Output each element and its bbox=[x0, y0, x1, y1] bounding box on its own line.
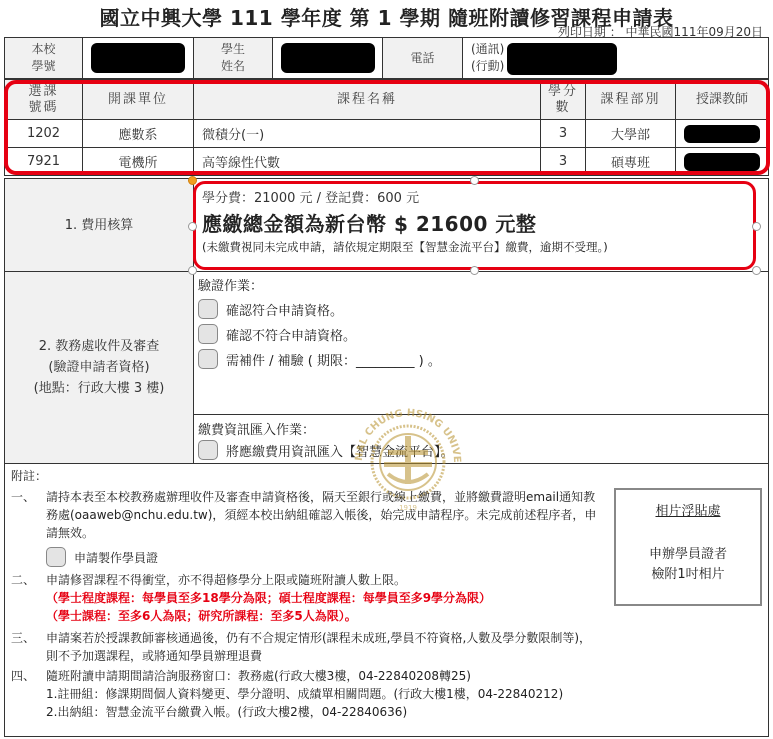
photo-box-line: 申辦學員證者 bbox=[616, 545, 760, 565]
student-id-value bbox=[83, 38, 194, 79]
option-label: 申請製作學員證 bbox=[74, 549, 158, 566]
course-teacher bbox=[676, 120, 769, 148]
fee-highlight-box: 學分費：21000 元 / 登記費：600 元 應繳總金額為新台幣 $ 2160… bbox=[193, 181, 756, 270]
course-code: 7921 bbox=[5, 148, 83, 176]
note-text: 隨班附讀申請期間請洽詢服務窗口：教務處(行政大樓3樓，04-22840208轉2… bbox=[11, 667, 601, 685]
course-dept: 電機所 bbox=[83, 148, 194, 176]
header-course-name: 課程名稱 bbox=[194, 80, 541, 120]
header-teacher: 授課教師 bbox=[676, 80, 769, 120]
checkbox[interactable] bbox=[198, 299, 218, 319]
verify-option-ineligible[interactable]: 確認不符合申請資格。 bbox=[198, 324, 764, 344]
option-label: 將應繳費用資訊匯入【智慧金流平台】。 bbox=[226, 441, 454, 460]
course-dept: 應數系 bbox=[83, 120, 194, 148]
label-line: 學號 bbox=[5, 58, 82, 75]
note-text: 申請修習課程不得衝堂，亦不得超修學分上限或隨班附讀人數上限。 bbox=[11, 571, 601, 589]
note-registration: 1.註冊組：修課期間個人資料變更、學分證明、成績單相關問題。(行政大樓1樓，04… bbox=[11, 685, 601, 703]
note-item-4: 四、 隨班附讀申請期間請洽詢服務窗口：教務處(行政大樓3樓，04-2284020… bbox=[11, 667, 601, 721]
phone-value: (通訊) (行動) bbox=[463, 38, 769, 79]
course-level: 大學部 bbox=[586, 120, 676, 148]
resize-handle[interactable] bbox=[470, 266, 479, 275]
redacted-block bbox=[684, 125, 760, 143]
course-credits: 3 bbox=[541, 120, 586, 148]
verify-section: 驗證作業： 確認符合申請資格。 確認不符合申請資格。 需補件 / 補驗 ( 期限… bbox=[194, 272, 769, 415]
option-label: 確認符合申請資格。 bbox=[226, 300, 343, 319]
resize-handle[interactable] bbox=[188, 222, 197, 231]
header-line: 選課 bbox=[5, 84, 82, 100]
redacted-block bbox=[507, 43, 617, 75]
verify-option-supplement[interactable]: 需補件 / 補驗 ( 期限：_________ ) 。 bbox=[198, 349, 764, 369]
checkbox[interactable] bbox=[198, 349, 218, 369]
verify-option-eligible[interactable]: 確認符合申請資格。 bbox=[198, 299, 764, 319]
checkbox[interactable] bbox=[198, 324, 218, 344]
verify-title: 驗證作業： bbox=[198, 275, 764, 294]
resize-handle[interactable] bbox=[470, 176, 479, 185]
course-name: 高等線性代數 bbox=[194, 148, 541, 176]
photo-box: 相片浮貼處 申辦學員證者 檢附1吋相片 bbox=[614, 488, 762, 606]
rotate-handle[interactable] bbox=[188, 176, 197, 185]
header-dept: 開課單位 bbox=[83, 80, 194, 120]
label-line: 學生 bbox=[194, 41, 272, 58]
redacted-block bbox=[91, 43, 185, 73]
import-title: 繳費資訊匯入作業： bbox=[198, 419, 764, 438]
header-level: 課程部別 bbox=[586, 80, 676, 120]
fee-note: (未繳費視同未完成申請，請依規定期限至【智慧金流平台】繳費，逾期不受理。) bbox=[202, 239, 747, 256]
review-label-line: (地點：行政大樓 3 樓) bbox=[5, 378, 193, 399]
header-line: 學分 bbox=[541, 84, 585, 100]
note-credit-limit: （學士程度課程：每學員至多18學分為限；碩士程度課程：每學員至多9學分為限） bbox=[11, 589, 601, 607]
review-label-line: (驗證申請者資格) bbox=[5, 357, 193, 378]
course-teacher bbox=[676, 148, 769, 176]
header-credits: 學分 數 bbox=[541, 80, 586, 120]
course-table: 選課 號碼 開課單位 課程名稱 學分 數 課程部別 授課教師 1202 應數系 … bbox=[4, 79, 769, 176]
notes-section: 附註： 一、 請持本表至本校教務處辦理收件及審查申請資格後，隔天至銀行或線上繳費… bbox=[4, 461, 769, 737]
table-row: 7921 電機所 高等線性代數 3 碩專班 bbox=[5, 148, 769, 176]
note-number: 三、 bbox=[11, 629, 35, 647]
import-section: 繳費資訊匯入作業： 將應繳費用資訊匯入【智慧金流平台】。 bbox=[194, 415, 769, 464]
note-item-1: 一、 請持本表至本校教務處辦理收件及審查申請資格後，隔天至銀行或線上繳費，並將繳… bbox=[11, 488, 601, 542]
redacted-block bbox=[281, 43, 375, 73]
fee-breakdown: 學分費：21000 元 / 登記費：600 元 bbox=[202, 187, 747, 206]
note-text: 申請案若於授課教師審核通過後，仍有不合規定情形(課程未成班,學員不符資格,人數及… bbox=[11, 629, 601, 665]
checkbox[interactable] bbox=[198, 440, 218, 460]
note-item-2: 二、 申請修習課程不得衝堂，亦不得超修學分上限或隨班附讀人數上限。 （學士程度課… bbox=[11, 571, 601, 625]
header-course-code: 選課 號碼 bbox=[5, 80, 83, 120]
note-cashier: 2.出納組：智慧金流平台繳費入帳。(行政大樓2樓，04-22840636) bbox=[11, 703, 601, 721]
student-card-option[interactable]: 申請製作學員證 bbox=[46, 547, 158, 567]
resize-handle[interactable] bbox=[752, 222, 761, 231]
fee-total: 應繳總金額為新台幣 $ 21600 元整 bbox=[202, 208, 747, 237]
header-line: 數 bbox=[541, 100, 585, 116]
course-code: 1202 bbox=[5, 120, 83, 148]
note-number: 一、 bbox=[11, 488, 35, 506]
note-number: 四、 bbox=[11, 667, 35, 685]
review-label: 2. 教務處收件及審查 (驗證申請者資格) (地點：行政大樓 3 樓) bbox=[5, 272, 194, 464]
label-line: 姓名 bbox=[194, 58, 272, 75]
option-label: 確認不符合申請資格。 bbox=[226, 325, 356, 344]
note-number: 二、 bbox=[11, 571, 35, 589]
label-line: 本校 bbox=[5, 41, 82, 58]
resize-handle[interactable] bbox=[752, 266, 761, 275]
note-text: 請持本表至本校教務處辦理收件及審查申請資格後，隔天至銀行或線上繳費，並將繳費證明… bbox=[11, 488, 601, 542]
student-name-label: 學生 姓名 bbox=[194, 38, 273, 79]
student-name-value bbox=[273, 38, 383, 79]
option-label: 需補件 / 補驗 ( 期限：_________ ) 。 bbox=[226, 350, 441, 369]
phone-label: 電話 bbox=[383, 38, 463, 79]
photo-box-line: 檢附1吋相片 bbox=[616, 565, 760, 585]
note-item-3: 三、 申請案若於授課教師審核通過後，仍有不合規定情形(課程未成班,學員不符資格,… bbox=[11, 629, 601, 665]
fee-label: 1. 費用核算 bbox=[5, 179, 194, 272]
redacted-block bbox=[684, 153, 760, 171]
student-info-table: 本校 學號 學生 姓名 電話 (通訊) (行動) bbox=[4, 37, 769, 79]
notes-title: 附註： bbox=[11, 467, 47, 484]
table-row: 1202 應數系 微積分(一) 3 大學部 bbox=[5, 120, 769, 148]
review-label-line: 2. 教務處收件及審查 bbox=[5, 336, 193, 357]
import-option[interactable]: 將應繳費用資訊匯入【智慧金流平台】。 bbox=[198, 440, 764, 460]
course-credits: 3 bbox=[541, 148, 586, 176]
student-id-label: 本校 學號 bbox=[5, 38, 83, 79]
photo-box-title: 相片浮貼處 bbox=[616, 500, 760, 519]
course-level: 碩專班 bbox=[586, 148, 676, 176]
checkbox[interactable] bbox=[46, 547, 66, 567]
course-name: 微積分(一) bbox=[194, 120, 541, 148]
resize-handle[interactable] bbox=[188, 266, 197, 275]
note-enrollment-limit: （學士課程：至多6人為限；研究所課程：至多5人為限）。 bbox=[11, 607, 601, 625]
header-line: 號碼 bbox=[5, 100, 82, 116]
